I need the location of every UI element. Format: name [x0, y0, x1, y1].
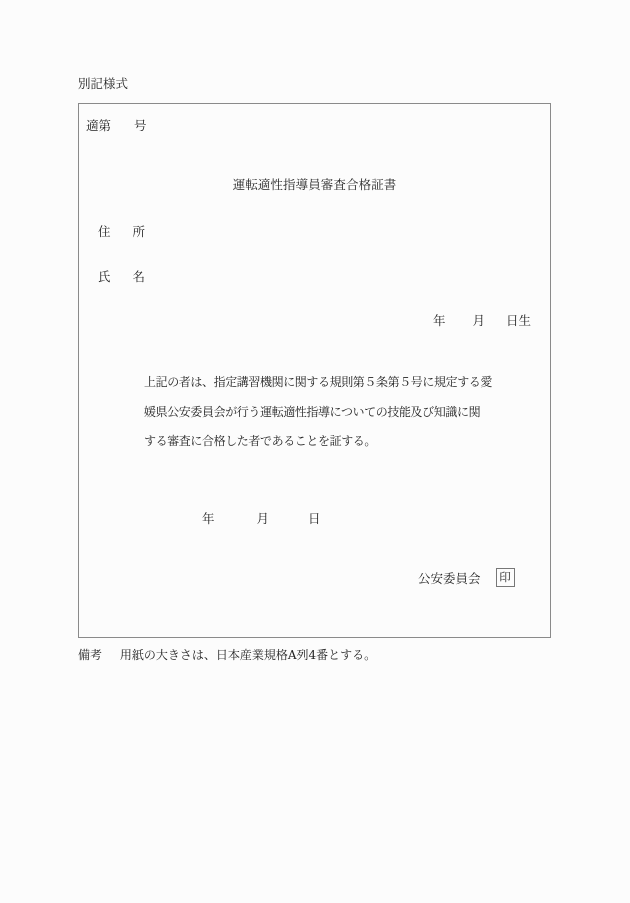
- birth-day-label: 日生: [506, 313, 531, 328]
- certificate-title: 運転適性指導員審査合格証書: [79, 177, 550, 193]
- address-label-char-2: 所: [133, 224, 146, 239]
- form-style-label: 別記様式: [78, 76, 128, 92]
- certificate-body-text: 上記の者は、指定講習機関に関する規則第５条第５号に規定する愛 媛県公安委員会が行…: [144, 368, 492, 457]
- remarks-note: 備考 用紙の大きさは、日本産業規格A列4番とする。: [78, 647, 376, 663]
- name-label: 氏 名: [98, 269, 145, 285]
- address-label: 住 所: [98, 224, 145, 240]
- name-label-char-2: 名: [133, 269, 146, 284]
- birth-year-label: 年: [433, 313, 446, 328]
- issue-month-label: 月: [257, 511, 270, 526]
- issuer-name: 公安委員会: [418, 569, 481, 587]
- document-page: 別記様式 適第 号 運転適性指導員審査合格証書 住 所 氏 名 年 月 日生 上…: [0, 0, 630, 903]
- issue-date-line: 年 月 日: [202, 511, 321, 527]
- body-line-1: 上記の者は、指定講習機関に関する規則第５条第５号に規定する愛: [144, 368, 492, 398]
- certificate-number-suffix: 号: [134, 118, 147, 133]
- certificate-number-prefix: 適第: [86, 118, 111, 133]
- remarks-text: 用紙の大きさは、日本産業規格A列4番とする。: [120, 648, 376, 662]
- remarks-label: 備考: [78, 648, 102, 662]
- body-line-3: する審査に合格した者であることを証する。: [144, 427, 492, 457]
- certificate-box: 適第 号 運転適性指導員審査合格証書 住 所 氏 名 年 月 日生 上記の者は、…: [78, 103, 551, 638]
- body-line-2: 媛県公安委員会が行う運転適性指導についての技能及び知識に関: [144, 398, 492, 428]
- birth-month-label: 月: [472, 313, 485, 328]
- issuer-line: 公安委員会 印: [418, 568, 515, 587]
- certificate-number-line: 適第 号: [86, 118, 147, 134]
- issue-year-label: 年: [202, 511, 215, 526]
- address-label-char-1: 住: [98, 224, 111, 239]
- birth-date-line: 年 月 日生: [433, 313, 531, 329]
- seal-mark: 印: [496, 568, 515, 587]
- issue-day-label: 日: [308, 511, 321, 526]
- name-label-char-1: 氏: [98, 269, 111, 284]
